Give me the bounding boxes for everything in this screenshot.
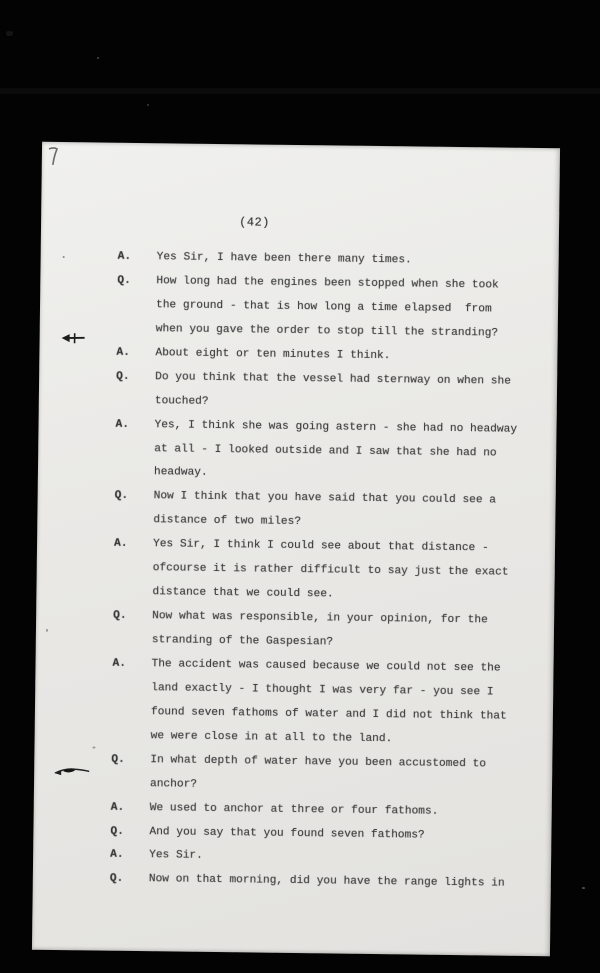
scan-band <box>0 88 600 94</box>
transcript-text: we were close in at all to the land. <box>151 730 393 745</box>
speaker-label: Q. <box>111 753 125 765</box>
speaker-label: A. <box>114 538 128 550</box>
transcript-text: stranding of the Gaspesian? <box>152 634 333 648</box>
film-speck <box>6 31 13 36</box>
speaker-label: A. <box>118 251 132 263</box>
speaker-label: Q. <box>117 275 131 287</box>
transcript-line: Q.Now on that morning, did you have the … <box>33 866 551 896</box>
transcript-text: distance that we could see. <box>152 586 333 600</box>
transcript-text: the ground - that is how long a time ela… <box>156 299 492 315</box>
transcript-text: touched? <box>155 395 209 408</box>
film-speck <box>97 57 99 59</box>
photostat-background: (42) A.Yes Sir, I have been there many t… <box>0 0 600 973</box>
transcript-text: About eight or ten minutes I think. <box>155 347 390 362</box>
transcript-text: In what depth of water have you been acc… <box>150 754 486 770</box>
film-speck <box>147 104 149 106</box>
transcript-text: ofcourse it is rather difficult to say j… <box>153 562 509 578</box>
transcript-text: Yes Sir, I have been there many times. <box>157 251 412 266</box>
transcript-text: found seven fathoms of water and I did n… <box>151 706 507 722</box>
speaker-label: A. <box>115 418 129 430</box>
document-page: (42) A.Yes Sir, I have been there many t… <box>32 142 560 956</box>
speaker-label: Q. <box>113 610 127 622</box>
transcript-text: Yes Sir. <box>149 850 203 863</box>
transcript-text: when you gave the order to stop till the… <box>156 323 499 339</box>
speaker-label: A. <box>116 346 130 358</box>
speaker-label: A. <box>112 658 126 670</box>
transcript-text: Yes, I think she was going astern - she … <box>154 419 517 436</box>
transcript-text: We used to anchor at three or four fatho… <box>150 802 439 818</box>
transcript-text: Now on that morning, did you have the ra… <box>149 874 505 890</box>
speaker-label: Q. <box>110 825 124 837</box>
speaker-label: Q. <box>116 370 130 382</box>
page-number: (42) <box>239 215 270 229</box>
transcript-text: anchor? <box>150 778 197 791</box>
transcript: A.Yes Sir, I have been there many times.… <box>33 244 559 897</box>
transcript-text: headway. <box>154 467 208 480</box>
film-speck <box>582 887 585 889</box>
speaker-label: A. <box>111 801 125 813</box>
speaker-label: Q. <box>110 873 124 885</box>
transcript-text: land exactly - I thought I was very far … <box>151 682 494 698</box>
pen-mark-icon <box>47 146 61 168</box>
transcript-text: at all - I looked outside and I saw that… <box>154 443 497 459</box>
transcript-text: How long had the engines been stopped wh… <box>156 275 499 291</box>
transcript-text: And you say that you found seven fathoms… <box>149 826 424 841</box>
transcript-text: Now what was responsible, in your opinio… <box>152 610 488 626</box>
speaker-label: A. <box>110 849 124 861</box>
transcript-text: Yes Sir, I think I could see about that … <box>153 538 489 554</box>
transcript-text: Do you think that the vessel had sternwa… <box>155 371 511 387</box>
transcript-text: The accident was caused because we could… <box>151 658 500 674</box>
transcript-text: Now I think that you have said that you … <box>154 491 497 507</box>
speaker-label: Q. <box>115 490 129 502</box>
transcript-text: distance of two miles? <box>153 515 301 529</box>
